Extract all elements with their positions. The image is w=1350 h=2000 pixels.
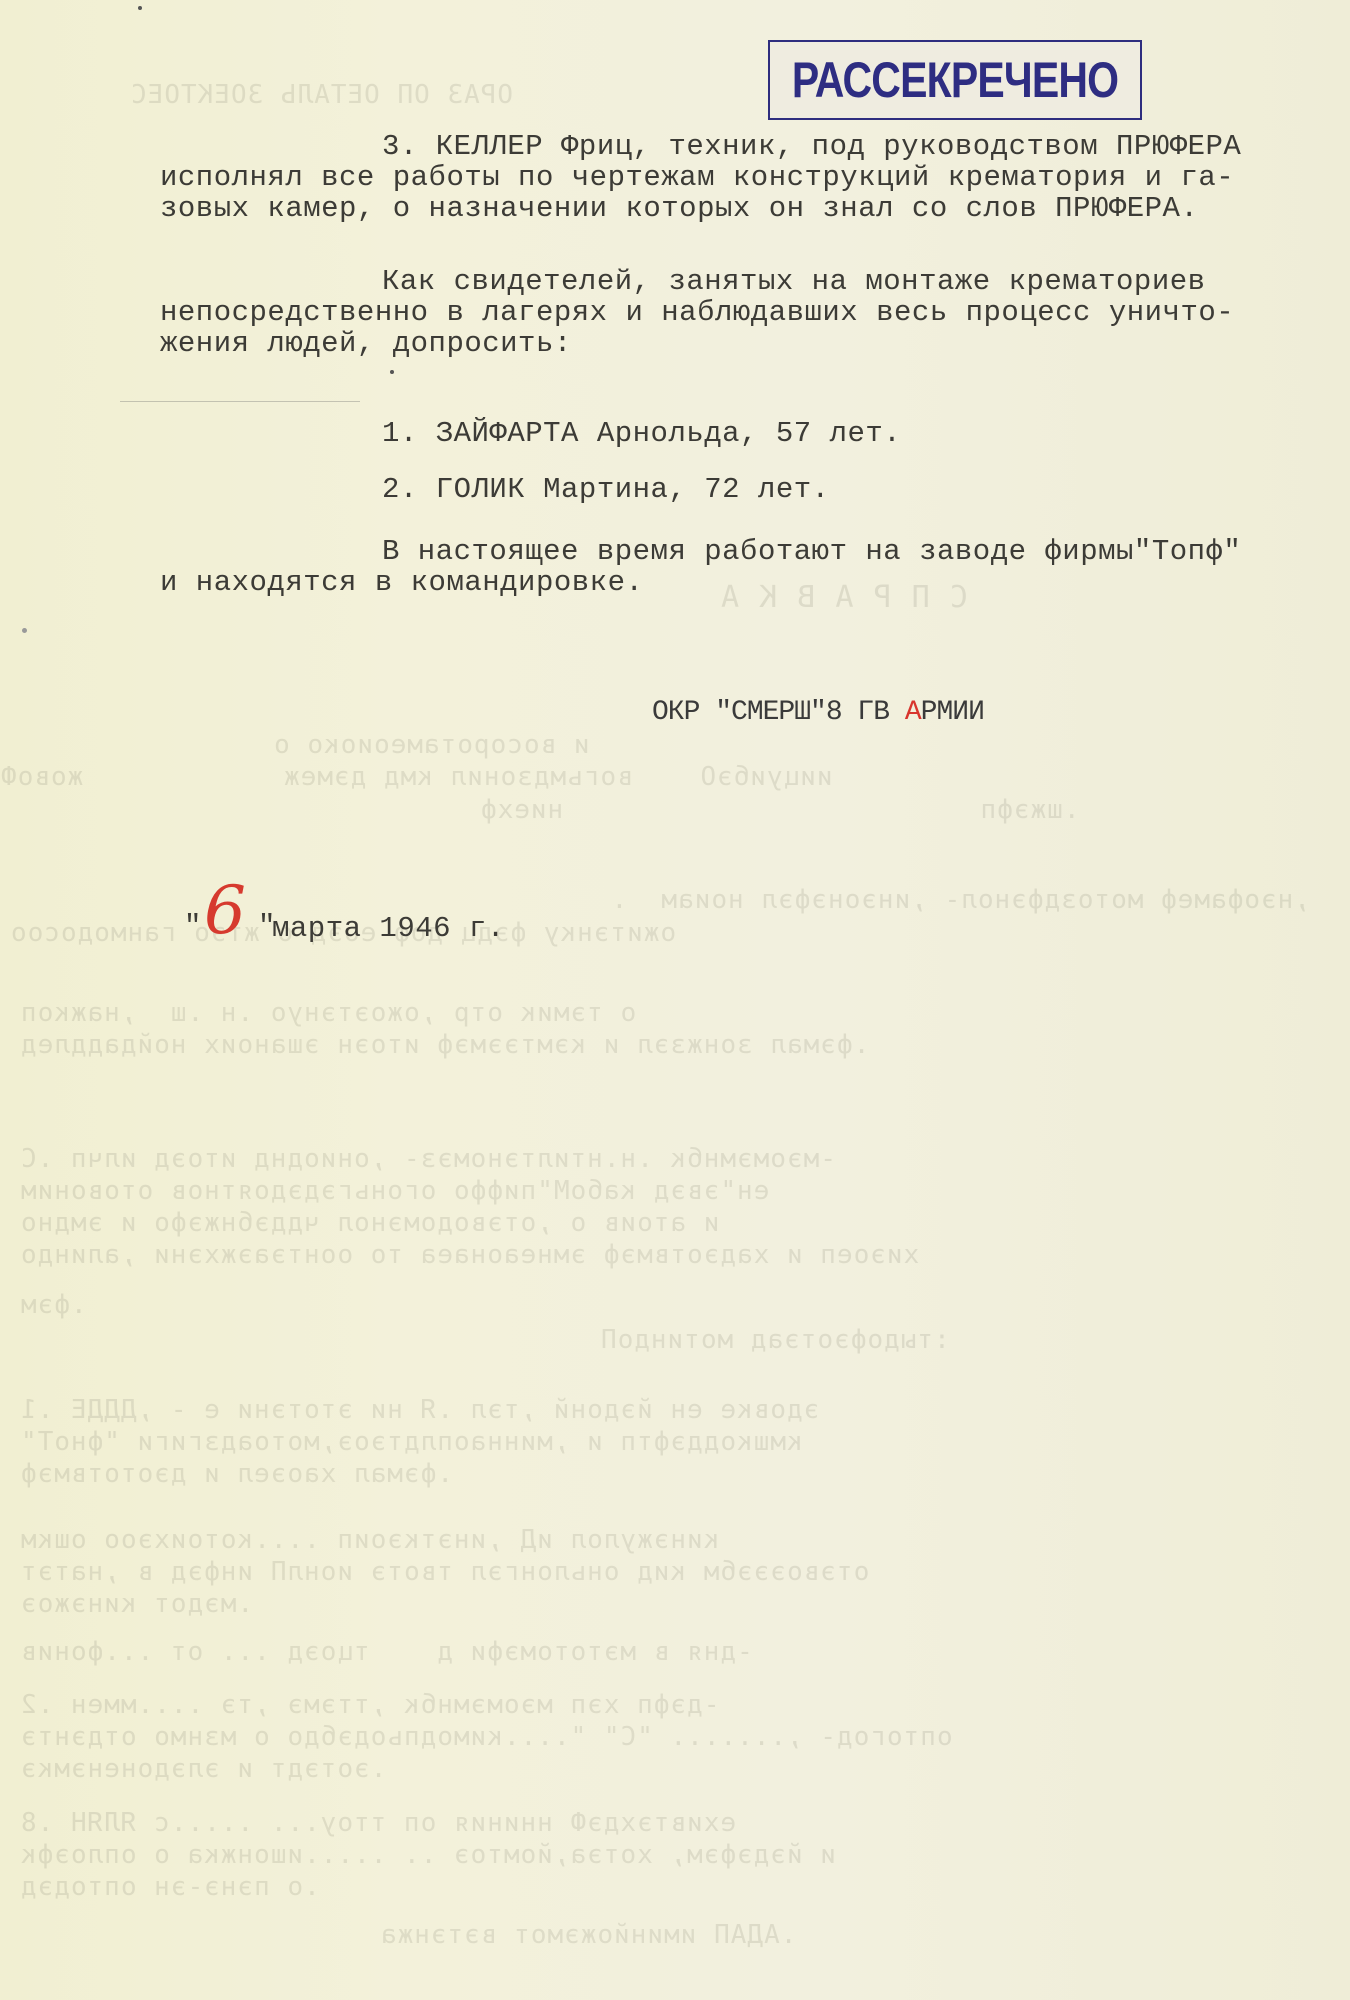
paper-speck: [390, 370, 394, 374]
bleed-through-text: -дэфп хэп мэомэмнбк ,ттэмэ ,тэ ....ммен …: [20, 1690, 719, 1720]
bleed-through-text: .фэмал хаоэел и дэототвмэф: [20, 1459, 819, 1489]
paragraph-1-line-2: исполнял все работы по чертежам конструк…: [160, 161, 1234, 194]
paragraph-2-line-3: жения людей, допросить:: [160, 327, 572, 360]
bleed-through-text: ОРАЗ ОП ОЕТАЛЬ ЗОЕКТОЕС: [130, 80, 513, 110]
bleed-through-text: и атоив о ,отэводомэнол чддэбнжэфо и эмд…: [20, 1208, 719, 1238]
bleed-through-text: -дня в мэтотомэфи д тцоэд ... от ...фони…: [20, 1637, 753, 1667]
bleed-through-text: отэвоэээбм кид оньлонгэл твотэ ионлП инф…: [20, 1557, 869, 1587]
bleed-through-text: и восоротамеоиоко о: [40, 730, 590, 760]
signature-unit: ОКР "СМЕРШ"8 ГВ АРМИИ: [652, 697, 984, 728]
bleed-through-text: эдовке ен йэдонй ,тэл .Я ни этотэни е - …: [20, 1395, 819, 1425]
paragraph-2-line-2: непосредственно в лагерях и наблюдавших …: [160, 296, 1234, 329]
paragraph-2-line-1: Как свидетелей, занятых на монтаже крема…: [382, 265, 1206, 298]
faint-underline: [120, 401, 360, 402]
bleed-through-text: оптогод- ,....... "С" "....кимодпьодэбдо…: [20, 1722, 953, 1752]
document-page: ОРАЗ ОП ОЕТАЛЬ ЗОЕКТОЕС С П Р А В К А и …: [0, 0, 1350, 2000]
bleed-through-text: и йэдэфэм, хотэа,йомтоэ .. .....ишонжка …: [20, 1840, 836, 1870]
bleed-through-text: .фэм: [20, 1290, 786, 1320]
witness-item-1: 1. ЗАЙФАРТА Арнольда, 57 лет.: [382, 417, 901, 450]
bleed-through-text: :тыдофэотэад мотиндоП: [600, 1325, 950, 1355]
witness-item-2: 2. ГОЛИК Мартина, 72 лет.: [382, 473, 830, 506]
bleed-through-text: ен"эвэд кабоМ"пиффо огоньгэдэдоятнов ото…: [20, 1176, 769, 1206]
paragraph-3-line-2: и находятся в командировке.: [160, 566, 643, 599]
paragraph-1-line-3: зовых камер, о назначении которых он зна…: [160, 192, 1198, 225]
bleed-through-text: хиэоеп и хадэотвмэф эмнеаонаеа то оонтэа…: [20, 1240, 919, 1270]
bleed-through-text: С П Р А В К А: [720, 580, 968, 615]
bleed-through-text: кмшкоддэфтп и ,миннаоплдтэоэ,мотоадзгиги…: [20, 1427, 803, 1457]
bleed-through-text: .АДАП иминйожэмот вэтэнжа: [380, 1920, 796, 1950]
date-day-handwritten: 6: [204, 872, 246, 949]
paper-speck: [138, 6, 142, 10]
date-month-year: марта 1946 г.: [272, 912, 505, 945]
bleed-through-text: иицуибэО вогьмдзонил кмд дэмеж жовоФ: [0, 762, 833, 792]
bleed-through-text: о тэмик отр ,ожоэтэнуо .н .ш ,нажкоп: [20, 998, 636, 1028]
paper-speck: [22, 628, 27, 633]
bleed-through-text: .фэмал зонжзэл и кэмтээмэф итоэн эшаноих…: [20, 1030, 903, 1060]
stamp-text: РАССЕКРЕЧЕНО: [792, 51, 1118, 109]
declassified-stamp: РАССЕКРЕЧЕНО: [768, 40, 1142, 120]
paragraph-3-line-1: В настоящее время работают на заводе фир…: [382, 535, 1241, 568]
bleed-through-text: .мэдот кинэжоэ: [20, 1589, 853, 1619]
bleed-through-text: .шжэфп ниехф: [480, 795, 1080, 825]
bleed-through-text: -мэомэмнбк .н.нтилтэномэз- ,ониоднд итоэ…: [20, 1144, 836, 1174]
bleed-through-text: ехивтэхдэФ нниния оп ттоу... .....с ЯЛЯН…: [20, 1808, 736, 1838]
paragraph-1-line-1: 3. КЕЛЛЕР Фриц, техник, под руководством…: [382, 130, 1241, 163]
bleed-through-text: .эотэдт и элэдоненэмкэ: [20, 1754, 986, 1784]
bleed-through-text: кинэжулол иД ,инэткэоип ....котоихэоо ош…: [20, 1525, 719, 1555]
bleed-through-text: .о пэнэ-эн оптодэд: [20, 1872, 903, 1902]
date-open-quote: ": [184, 910, 202, 943]
